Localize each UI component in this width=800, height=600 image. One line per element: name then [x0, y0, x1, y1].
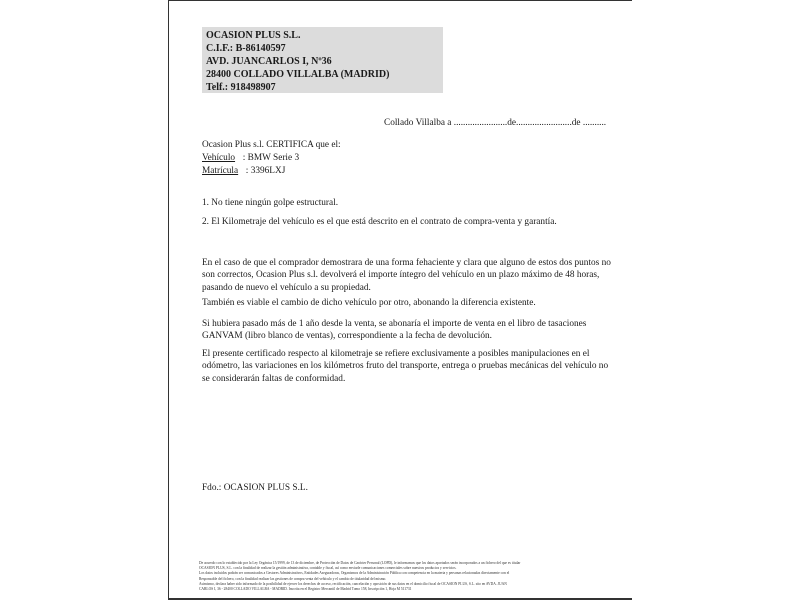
vehicle-label: Vehículo [202, 153, 235, 163]
signature-line: Fdo.: OCASION PLUS S.L. [202, 482, 308, 494]
company-address: AVD. JUANCARLOS I, Nº36 [206, 55, 443, 68]
paragraph-line: odómetro, las variaciones en los kilómet… [202, 360, 612, 372]
ganvam-paragraph: Si hubiera pasado más de 1 año desde la … [202, 318, 612, 343]
legal-footer: De acuerdo con lo establecido por la Ley… [199, 561, 619, 592]
paragraph-line: son correctos, Ocasion Plus s.l. devolve… [202, 269, 612, 281]
point-2: 2. El Kilometraje del vehículo es el que… [202, 216, 557, 228]
vehicle-value: : BMW Serie 3 [243, 153, 299, 163]
paragraph-line: se considerarán faltas de conformidad. [202, 373, 612, 385]
exchange-paragraph: También es viable el cambio de dicho veh… [202, 297, 612, 309]
vehicle-row: Vehículo : BMW Serie 3 [202, 152, 299, 164]
paragraph-line: El presente certificado respecto al kilo… [202, 348, 612, 360]
refund-paragraph: En el caso de que el comprador demostrar… [202, 257, 612, 294]
company-cif: C.I.F.: B-86140597 [206, 42, 443, 55]
company-phone: Telf.: 918498907 [206, 81, 443, 94]
paragraph-line: En el caso de que el comprador demostrar… [202, 257, 612, 269]
paragraph-line: Si hubiera pasado más de 1 año desde la … [202, 318, 612, 330]
paragraph-line: pasando de nuevo el vehículo a su propie… [202, 282, 612, 294]
company-city: 28400 COLLADO VILLALBA (MADRID) [206, 68, 443, 81]
document-page: OCASION PLUS S.L. C.I.F.: B-86140597 AVD… [168, 0, 632, 600]
footer-line: CARLOS I, 36 - 28400 COLLADO VILLALBA - … [199, 587, 619, 592]
paragraph-line: También es viable el cambio de dicho veh… [202, 297, 612, 309]
plate-label: Matrícula [202, 166, 238, 176]
odometer-paragraph: El presente certificado respecto al kilo… [202, 348, 612, 385]
plate-row: Matrícula : 3396LXJ [202, 165, 285, 177]
plate-value: : 3396LXJ [246, 166, 286, 176]
paragraph-line: GANVAM (libro blanco de ventas), corresp… [202, 330, 612, 342]
date-line: Collado Villalba a .....................… [384, 117, 606, 129]
company-name: OCASION PLUS S.L. [206, 29, 443, 42]
company-header: OCASION PLUS S.L. C.I.F.: B-86140597 AVD… [202, 27, 443, 93]
point-1: 1. No tiene ningún golpe estructural. [202, 197, 338, 209]
certifies-line: Ocasion Plus s.l. CERTIFICA que el: [202, 139, 341, 151]
